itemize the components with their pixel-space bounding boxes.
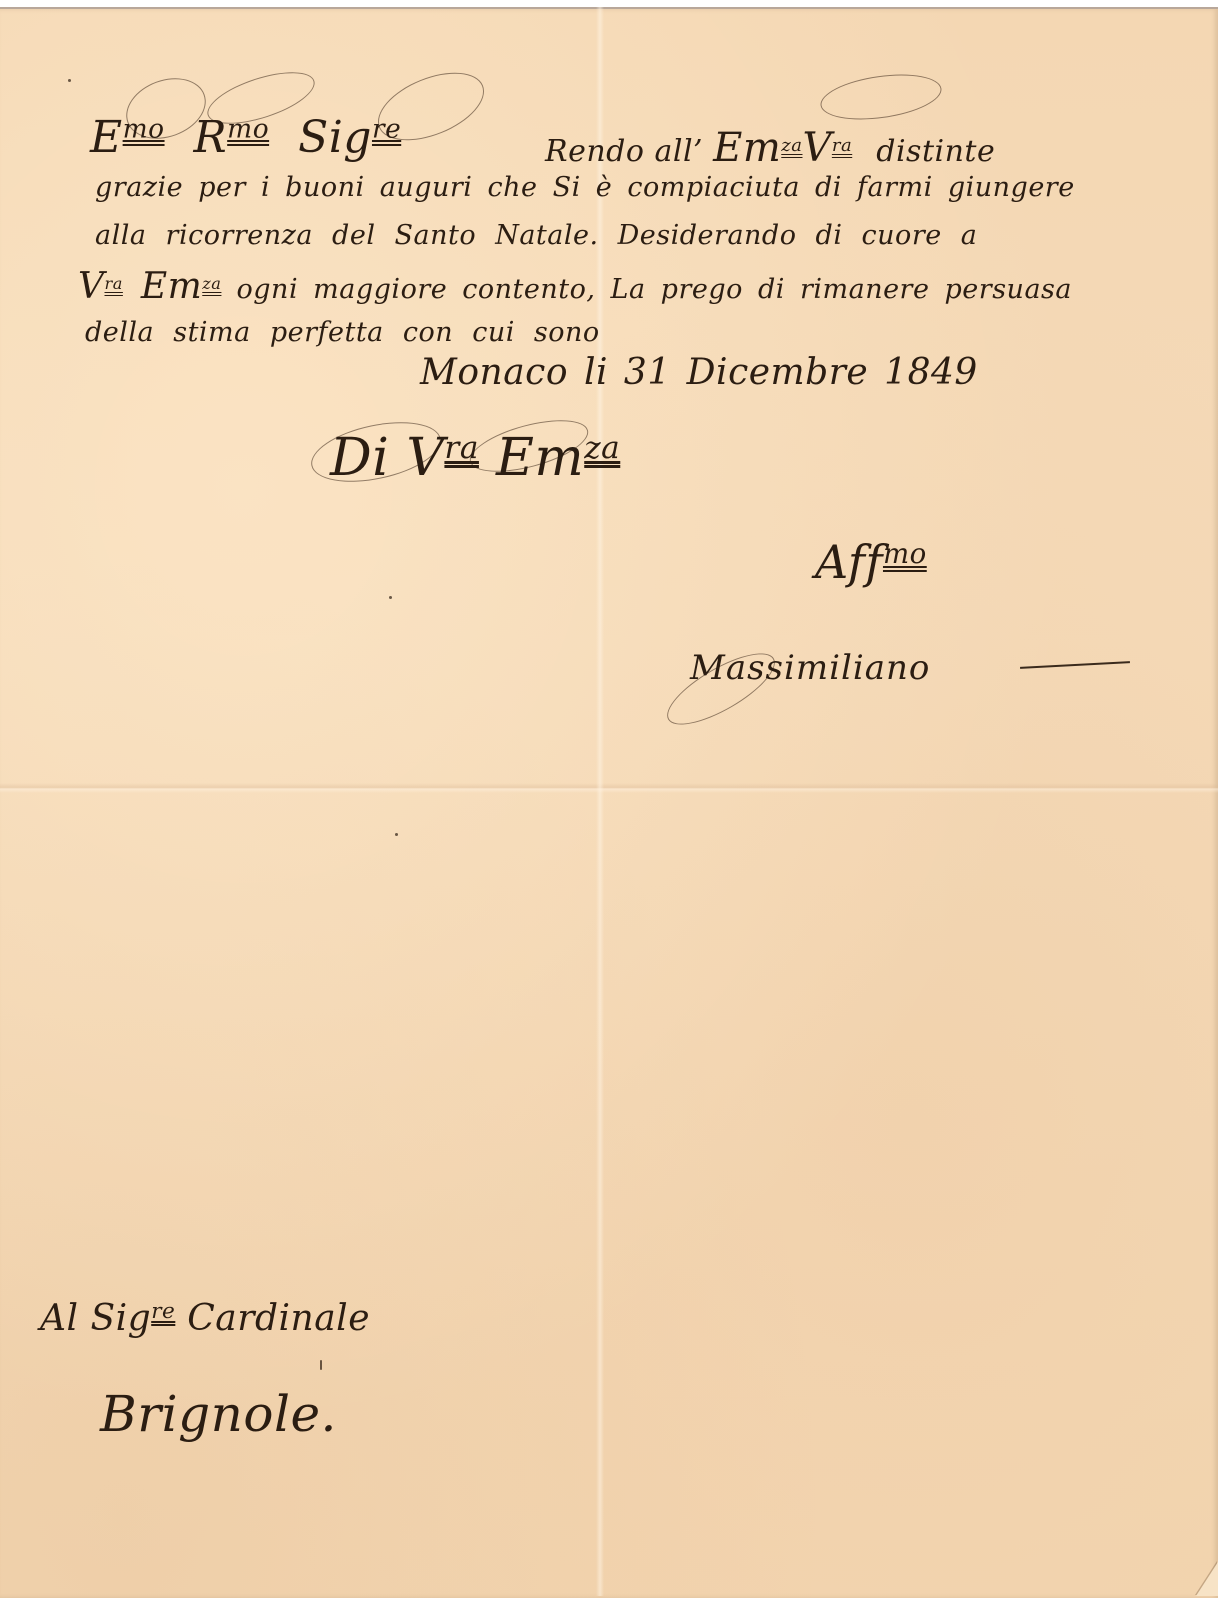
body-line-1: Rendo all’ EmzaVra distinte bbox=[545, 125, 995, 171]
superscript: za bbox=[781, 135, 802, 156]
horizontal-fold-line bbox=[0, 783, 1218, 793]
body-line-3: alla ricorrenza del Santo Natale. Deside… bbox=[95, 220, 977, 251]
text-segment: distinte bbox=[866, 134, 995, 169]
abbrev-vostra: V bbox=[406, 428, 444, 488]
text-segment: Cardinale bbox=[175, 1298, 370, 1339]
superscript: ra bbox=[832, 135, 852, 156]
superscript: mo bbox=[123, 113, 165, 144]
text-segment: Aff bbox=[815, 535, 883, 589]
addressee-line-1: Al Sigre Cardinale bbox=[40, 1298, 370, 1339]
ink-speck bbox=[68, 79, 71, 82]
text-segment: Rendo all’ bbox=[545, 134, 713, 169]
superscript: za bbox=[202, 274, 221, 293]
dateline: Monaco li 31 Dicembre 1849 bbox=[420, 352, 978, 393]
text-segment: ogni maggiore contento, La prego di rima… bbox=[221, 274, 1072, 305]
salutation-eminentissimo: E bbox=[90, 112, 123, 163]
abbrev-eminenza: Em bbox=[123, 266, 202, 307]
superscript: mo bbox=[227, 113, 269, 144]
abbrev-eminenza: Em bbox=[713, 125, 781, 171]
salutation-reverendissimo: R bbox=[194, 112, 228, 163]
folded-corner bbox=[1196, 1562, 1218, 1596]
abbrev-vostra: V bbox=[78, 266, 105, 307]
ink-speck bbox=[389, 596, 392, 599]
abbrev-eminenza: Em bbox=[479, 428, 584, 488]
body-line-4: Vra Emza ogni maggiore contento, La preg… bbox=[78, 266, 1072, 307]
salutation-signore: Sig bbox=[298, 112, 372, 163]
abbrev-signore: Sig bbox=[90, 1298, 151, 1339]
superscript: za bbox=[584, 430, 620, 466]
superscript: mo bbox=[883, 537, 927, 570]
superscript: ra bbox=[444, 430, 479, 466]
abbrev-vostra: V bbox=[802, 125, 831, 171]
body-line-5: della stima perfetta con cui sono bbox=[85, 317, 600, 348]
superscript: ra bbox=[105, 274, 123, 293]
complimentary-affezionatissimo: Affmo bbox=[815, 535, 927, 589]
superscript: re bbox=[151, 1299, 175, 1324]
ink-mark bbox=[320, 1360, 322, 1370]
body-line-2: grazie per i buoni auguri che Si è compi… bbox=[95, 172, 1075, 203]
ink-speck bbox=[395, 833, 398, 836]
addressee-line-2: Brignole. bbox=[100, 1385, 337, 1443]
text-segment: Di bbox=[330, 428, 406, 488]
superscript: re bbox=[372, 113, 401, 144]
salutation: Emo Rmo Sigre bbox=[90, 112, 401, 163]
text-segment: Al bbox=[40, 1298, 90, 1339]
signature: Massimiliano bbox=[690, 648, 930, 688]
closing-di-vostra-eminenza: Di Vra Emza bbox=[330, 428, 620, 488]
